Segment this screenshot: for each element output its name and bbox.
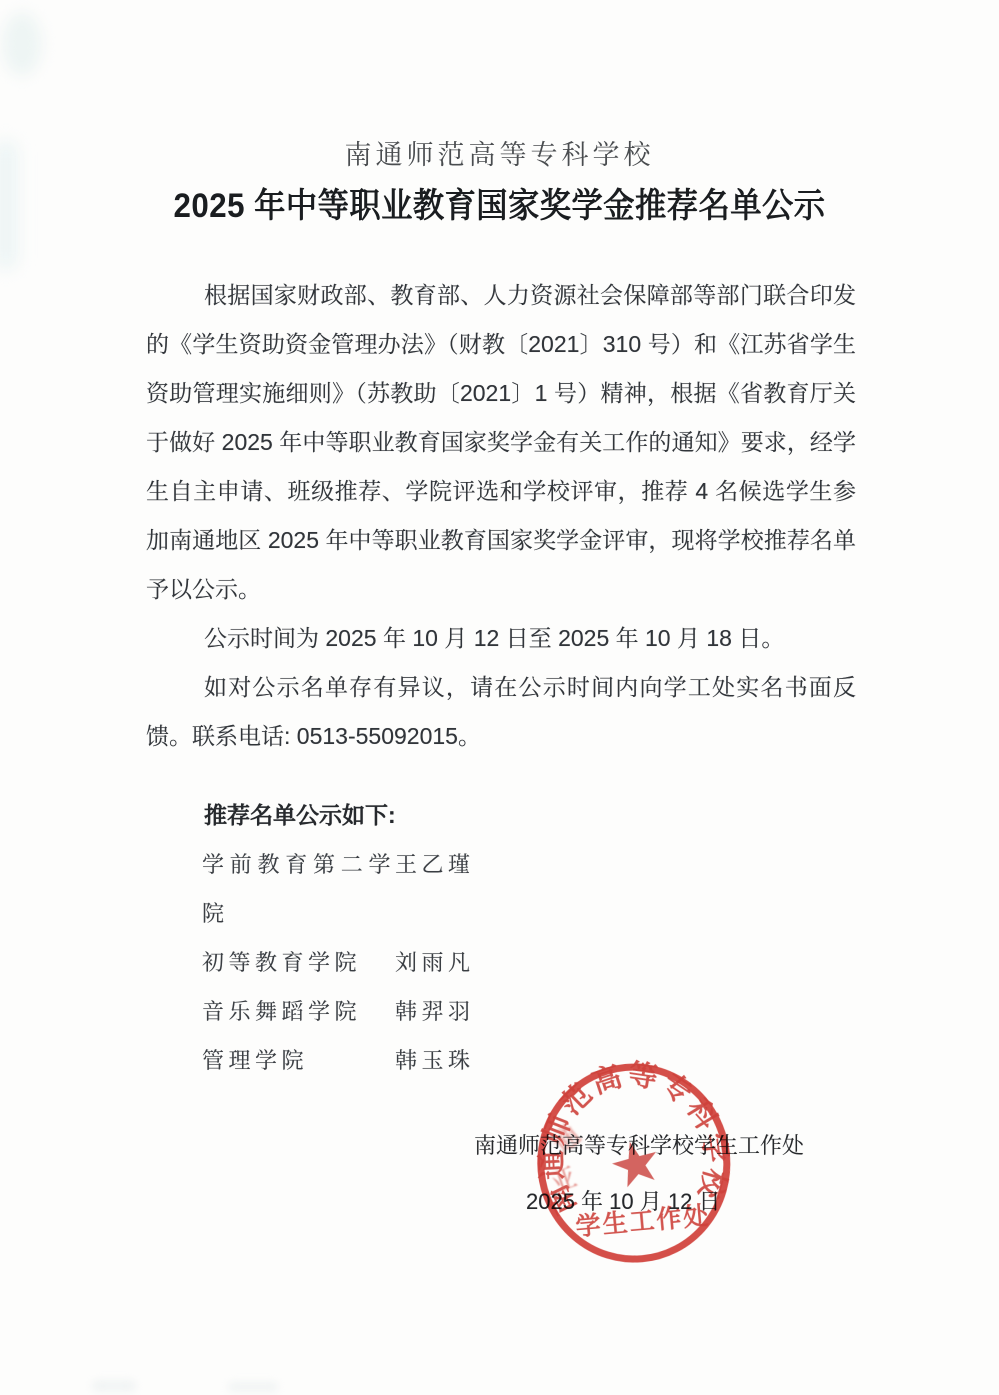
student-name: 韩羿羽	[395, 987, 475, 1036]
document-page: 南通师范高等专科学校 2025 年中等职业教育国家奖学金推荐名单公示 根据国家财…	[0, 0, 999, 1395]
document-body: 根据国家财政部、教育部、人力资源社会保障部等部门联合印发的《学生资助资金管理办法…	[146, 271, 856, 1085]
list-item: 初等教育学院 刘雨凡	[146, 938, 856, 987]
document-title: 2025 年中等职业教育国家奖学金推荐名单公示	[40, 183, 959, 229]
official-seal: 南通师范高等专科学校 学生工作处 通 亚	[528, 1056, 743, 1274]
student-name: 刘雨凡	[395, 938, 475, 987]
student-name: 王乙瑾	[395, 840, 475, 938]
list-item: 管理学院 韩玉珠	[146, 1036, 856, 1085]
svg-text:南通师范高等专科学校: 南通师范高等专科学校	[526, 1049, 736, 1221]
student-name: 韩玉珠	[395, 1036, 475, 1085]
seal-star-icon	[608, 1136, 663, 1190]
college-name: 学前教育第二学院	[202, 840, 395, 938]
list-item: 学前教育第二学院 王乙瑾	[146, 840, 856, 938]
paragraph-publicity-period: 公示时间为 2025 年 10 月 12 日至 2025 年 10 月 18 日…	[146, 614, 856, 663]
scan-artifact	[92, 1380, 136, 1392]
paragraph-legal-basis: 根据国家财政部、教育部、人力资源社会保障部等部门联合印发的《学生资助资金管理办法…	[146, 271, 856, 614]
recommendation-list: 学前教育第二学院 王乙瑾 初等教育学院 刘雨凡 音乐舞蹈学院 韩羿羽 管理学院 …	[146, 840, 856, 1085]
college-name: 音乐舞蹈学院	[202, 987, 395, 1036]
school-name: 南通师范高等专科学校	[0, 138, 999, 172]
list-item: 音乐舞蹈学院 韩羿羽	[146, 987, 856, 1036]
college-name: 初等教育学院	[202, 938, 395, 987]
seal-ring-text: 南通师范高等专科学校	[526, 1049, 736, 1221]
college-name: 管理学院	[202, 1036, 395, 1085]
scan-artifact	[228, 1382, 278, 1392]
list-heading: 推荐名单公示如下:	[146, 791, 856, 840]
paragraph-contact-info: 如对公示名单存有异议，请在公示时间内向学工处实名书面反馈。联系电话: 0513-…	[146, 663, 856, 761]
scan-artifact	[2, 12, 42, 76]
